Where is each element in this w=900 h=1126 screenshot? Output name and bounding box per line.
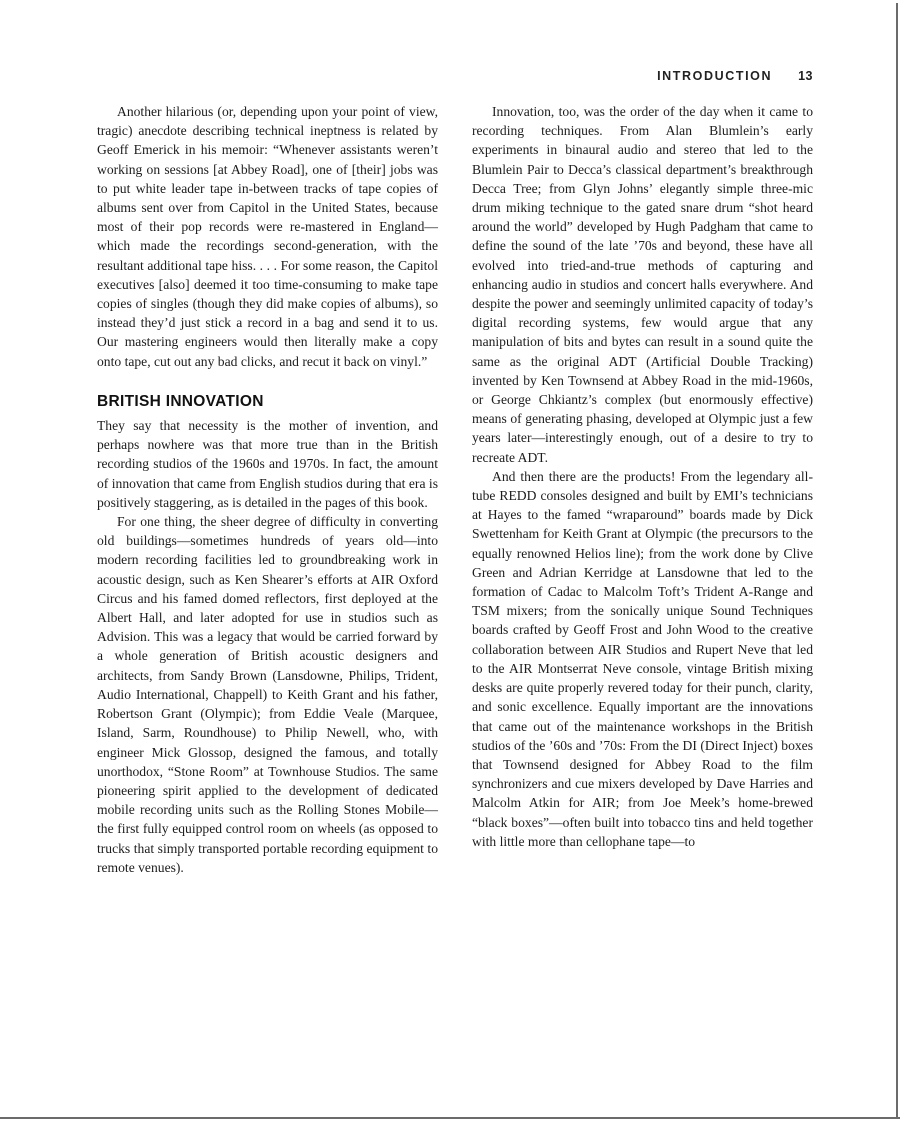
- running-head: INTRODUCTION13: [472, 69, 813, 83]
- page-number: 13: [798, 69, 813, 83]
- section-heading-british-innovation: BRITISH INNOVATION: [97, 392, 438, 411]
- right-text-column: Innovation, too, was the order of the da…: [472, 102, 813, 851]
- left-column-paragraph-2: They say that necessity is the mother of…: [97, 416, 438, 512]
- scan-edge-line-bottom: [0, 1117, 900, 1119]
- left-column-paragraph-1: Another hilarious (or, depending upon yo…: [97, 102, 438, 371]
- running-head-section-title: INTRODUCTION: [657, 69, 772, 83]
- right-column-paragraph-2: And then there are the products! From th…: [472, 467, 813, 851]
- book-page: INTRODUCTION13 Another hilarious (or, de…: [0, 0, 900, 1126]
- right-column-paragraph-1: Innovation, too, was the order of the da…: [472, 102, 813, 467]
- left-column-paragraph-3: For one thing, the sheer degree of diffi…: [97, 512, 438, 877]
- left-text-column: Another hilarious (or, depending upon yo…: [97, 102, 438, 877]
- scan-edge-line-right: [896, 3, 898, 1119]
